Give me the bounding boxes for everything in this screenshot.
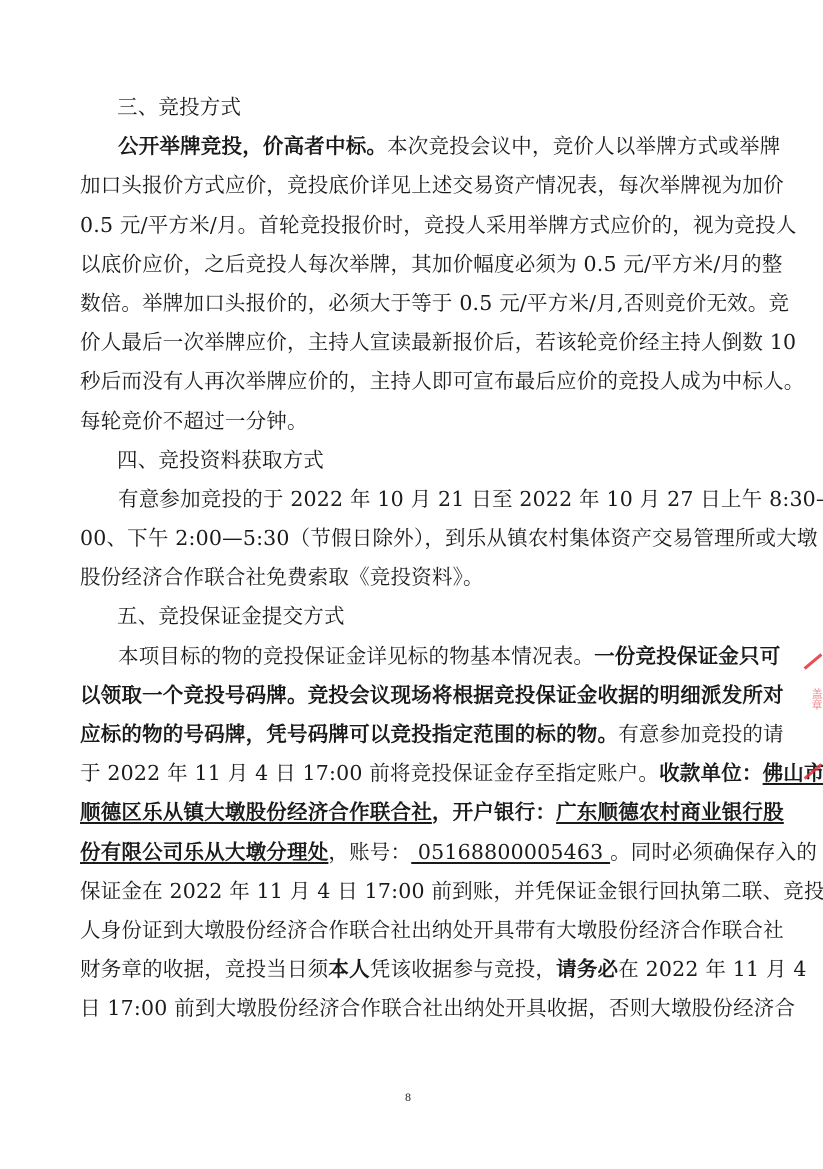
section-heading: 五、竞投保证金提交方式 (80, 597, 776, 636)
text-segment: 凭该收据参与竞投， (370, 957, 556, 981)
stamp-mark-icon (804, 653, 823, 669)
text-segment: 保证金在 2022 年 11 月 4 日 17:00 前到账，并凭保证金银行回执… (80, 879, 823, 903)
text-segment: 股份经济合作联合社免费索取《竞投资料》。 (80, 565, 484, 589)
paragraph-line: 00、下午 2:00—5:30（节假日除外），到乐从镇农村集体资产交易管理所或大… (80, 519, 776, 558)
text-segment: 价人最后一次举牌应价，主持人宣读最新报价后，若该轮竞价经主持人倒数 10 (80, 330, 796, 354)
paragraph-line: 每轮竞价不超过一分钟。 (80, 402, 776, 441)
text-segment: 在 2022 年 11 月 4 (618, 957, 806, 981)
section-heading: 四、竞投资料获取方式 (80, 441, 776, 480)
text-segment: 加口头报价方式应价，竞投底价详见上述交易资产情况表，每次举牌视为加价 (80, 173, 784, 197)
underlined-text: 广东顺德农村商业银行股 (556, 800, 784, 824)
text-segment: 0.5 元/平方米/月。首轮竞投报价时，竞投人采用举牌方式应价的，视为竞投人 (80, 213, 797, 237)
paragraph-line: 本项目标的物的竞投保证金详见标的物基本情况表。一份竞投保证金只可 (80, 637, 776, 676)
text-segment: 人身份证到大墩股份经济合作联合社出纳处开具带有大墩股份经济合作联合社 (80, 918, 784, 942)
text-segment: 本项目标的物的竞投保证金详见标的物基本情况表。 (118, 644, 594, 668)
paragraph-line: 公开举牌竞投，价高者中标。本次竞投会议中，竞价人以举牌方式或举牌 (80, 127, 776, 166)
text-segment: 每轮竞价不超过一分钟。 (80, 409, 308, 433)
bold-text: 本人 (328, 957, 369, 981)
bold-text: ，开户银行： (432, 800, 556, 824)
paragraph-line: 应标的物的号码牌，凭号码牌可以竞投指定范围的标的物。有意参加竞投的请 (80, 715, 776, 754)
paragraph-line: 人身份证到大墩股份经济合作联合社出纳处开具带有大墩股份经济合作联合社 (80, 911, 776, 950)
document-page: 三、竞投方式公开举牌竞投，价高者中标。本次竞投会议中，竞价人以举牌方式或举牌加口… (80, 88, 776, 1029)
paragraph-line: 有意参加竞投的于 2022 年 10 月 21 日至 2022 年 10 月 2… (80, 480, 776, 519)
paragraph-line: 价人最后一次举牌应价，主持人宣读最新报价后，若该轮竞价经主持人倒数 10 (80, 323, 776, 362)
paragraph-line: 0.5 元/平方米/月。首轮竞投报价时，竞投人采用举牌方式应价的，视为竞投人 (80, 206, 776, 245)
text-segment: 于 2022 年 11 月 4 日 17:00 前将竞投保证金存至指定账户。 (80, 761, 659, 785)
paragraph-line: 日 17:00 前到大墩股份经济合作联合社出纳处开具收据，否则大墩股份经济合 (80, 989, 776, 1028)
text-segment: 有意参加竞投的请 (618, 722, 784, 746)
underlined-text: 份有限公司乐从大墩分理处 (80, 840, 328, 864)
page-number: 8 (405, 1090, 411, 1105)
bold-text: 收款单位： (659, 761, 763, 785)
text-segment: 财务章的收据，竞投当日须 (80, 957, 328, 981)
paragraph-line: 份有限公司乐从大墩分理处，账号： 05168800005463 。同时必须确保存… (80, 833, 776, 872)
underlined-text: 顺德区乐从镇大墩股份经济合作联合社 (80, 800, 432, 824)
text-segment: 以底价应价，之后竞投人每次举牌，其加价幅度必须为 0.5 元/平方米/月的整 (80, 252, 783, 276)
text-segment: 有意参加竞投的于 2022 年 10 月 21 日至 2022 年 10 月 2… (118, 487, 823, 511)
text-segment: 数倍。举牌加口头报价的，必须大于等于 0.5 元/平方米/月,否则竞价无效。竞 (80, 291, 789, 315)
text-segment: ，账号： (328, 840, 411, 864)
bold-text: 一份竞投保证金只可 (594, 644, 780, 668)
bold-text: 以领取一个竞投号码牌。竞投会议现场将根据竞投保证金收据的明细派发所对 (80, 683, 784, 707)
paragraph-line: 于 2022 年 11 月 4 日 17:00 前将竞投保证金存至指定账户。收款… (80, 754, 776, 793)
underlined-text: 05168800005463 (411, 840, 610, 864)
text-segment: 本次竞投会议中，竞价人以举牌方式或举牌 (387, 134, 780, 158)
paragraph-line: 秒后而没有人再次举牌应价的，主持人即可宣布最后应价的竞投人成为中标人。 (80, 362, 776, 401)
paragraph-line: 以底价应价，之后竞投人每次举牌，其加价幅度必须为 0.5 元/平方米/月的整 (80, 245, 776, 284)
text-segment: 秒后而没有人再次举牌应价的，主持人即可宣布最后应价的竞投人成为中标人。 (80, 369, 805, 393)
text-segment: 。同时必须确保存入的 (610, 840, 817, 864)
bold-text: 公开举牌竞投，价高者中标。 (118, 134, 387, 158)
red-seal-stamp-edge: 盖章 (800, 660, 823, 810)
text-segment: 日 17:00 前到大墩股份经济合作联合社出纳处开具收据，否则大墩股份经济合 (80, 996, 795, 1020)
bold-text: 应标的物的号码牌，凭号码牌可以竞投指定范围的标的物。 (80, 722, 618, 746)
document-body: 三、竞投方式公开举牌竞投，价高者中标。本次竞投会议中，竞价人以举牌方式或举牌加口… (80, 88, 776, 1029)
section-heading: 三、竞投方式 (80, 88, 776, 127)
paragraph-line: 以领取一个竞投号码牌。竞投会议现场将根据竞投保证金收据的明细派发所对 (80, 676, 776, 715)
paragraph-line: 加口头报价方式应价，竞投底价详见上述交易资产情况表，每次举牌视为加价 (80, 166, 776, 205)
text-segment: 00、下午 2:00—5:30（节假日除外），到乐从镇农村集体资产交易管理所或大… (80, 526, 818, 550)
paragraph-line: 顺德区乐从镇大墩股份经济合作联合社，开户银行：广东顺德农村商业银行股 (80, 793, 776, 832)
stamp-mark-icon (804, 763, 823, 779)
paragraph-line: 数倍。举牌加口头报价的，必须大于等于 0.5 元/平方米/月,否则竞价无效。竞 (80, 284, 776, 323)
paragraph-line: 保证金在 2022 年 11 月 4 日 17:00 前到账，并凭保证金银行回执… (80, 872, 776, 911)
paragraph-line: 股份经济合作联合社免费索取《竞投资料》。 (80, 558, 776, 597)
paragraph-line: 财务章的收据，竞投当日须本人凭该收据参与竞投，请务必在 2022 年 11 月 … (80, 950, 776, 989)
bold-text: 请务必 (556, 957, 618, 981)
stamp-text: 盖章 (808, 688, 823, 710)
